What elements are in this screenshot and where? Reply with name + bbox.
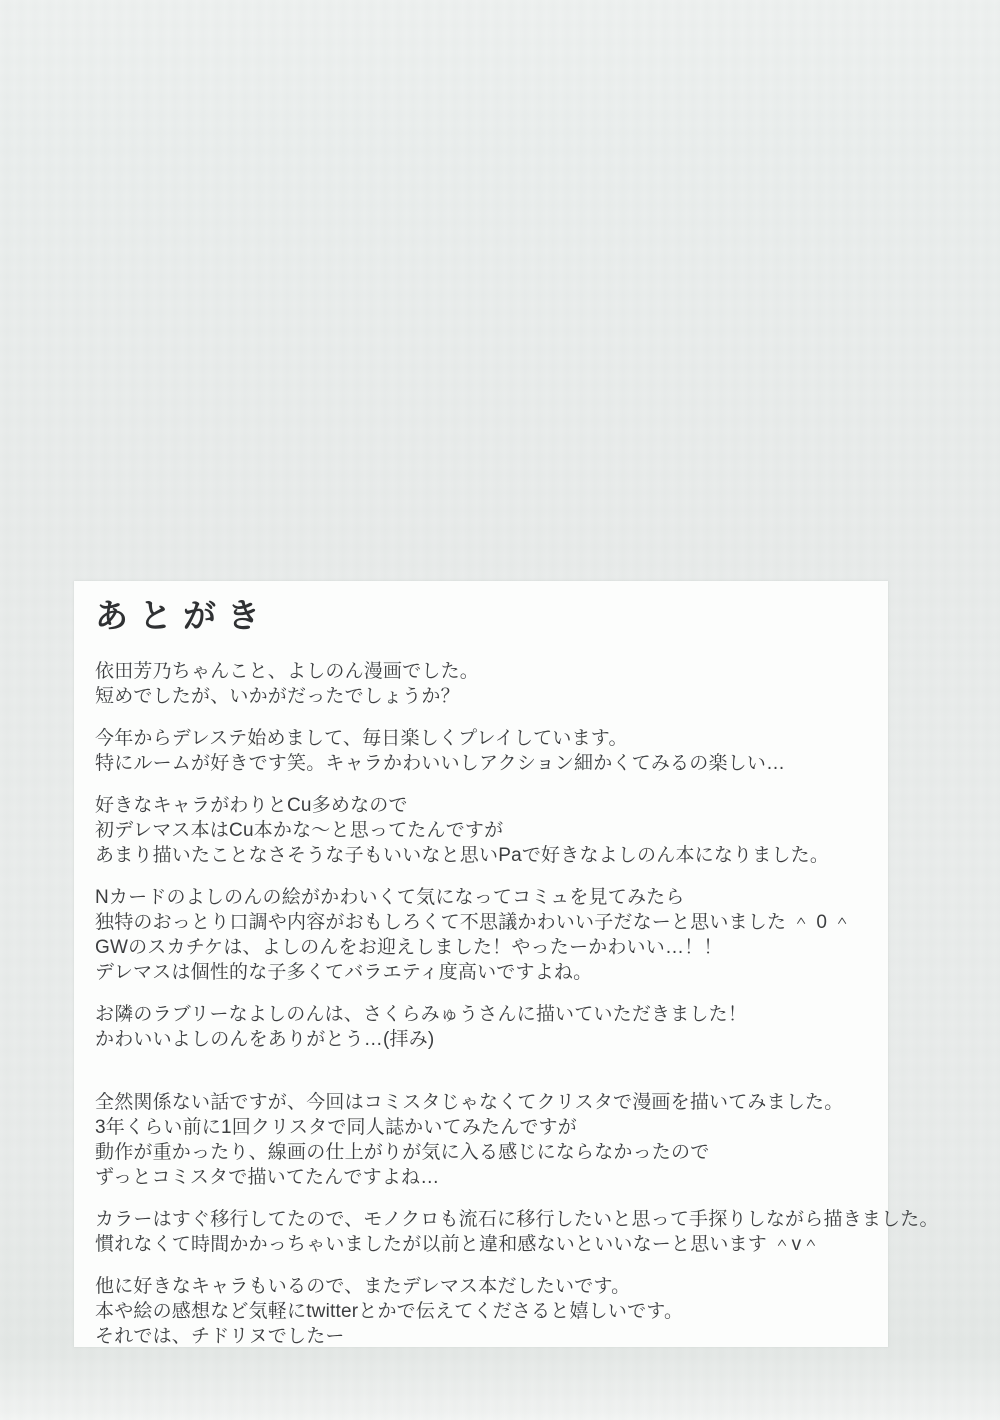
text-line: 他に好きなキャラもいるので、またデレマス本だしたいです。 [95, 1274, 868, 1299]
text-line: 全然関係ない話ですが、今回はコミスタじゃなくてクリスタで漫画を描いてみました。 [95, 1090, 868, 1115]
text-line: 今年からデレステ始めまして、毎日楽しくプレイしています。 [95, 726, 868, 751]
text-line: Nカードのよしのんの絵がかわいくて気になってコミュを見てみたら [95, 885, 868, 910]
paragraph-n-card: Nカードのよしのんの絵がかわいくて気になってコミュを見てみたら 独特のおっとり口… [95, 885, 868, 985]
paragraph-monochrome: カラーはすぐ移行してたので、モノクロも流石に移行したいと思って手探りしながら描き… [95, 1207, 868, 1257]
paragraph-guest-art: お隣のラブリーなよしのんは、さくらみゅうさんに描いていただきました！ かわいいよ… [95, 1002, 868, 1052]
text-line: ずっとコミスタで描いてたんですよね… [95, 1165, 868, 1190]
text-line: 初デレマス本はCu本かな～と思ってたんですが [95, 818, 868, 843]
paragraph-closing: 他に好きなキャラもいるので、またデレマス本だしたいです。 本や絵の感想など気軽に… [95, 1274, 868, 1349]
text-line: GWのスカチケは、よしのんをお迎えしました！やったーかわいい…！！ [95, 935, 868, 960]
text-line: 本や絵の感想など気軽にtwitterとかで伝えてくださると嬉しいです。 [95, 1299, 868, 1324]
text-line: 特にルームが好きです笑。キャラかわいいしアクション細かくてみるの楽しい… [95, 751, 868, 776]
text-line: 依田芳乃ちゃんこと、よしのん漫画でした。 [95, 659, 868, 684]
text-line: 慣れなくて時間かかっちゃいましたが以前と違和感ないといいなーと思います ＾v＾ [95, 1232, 868, 1257]
afterword-text-block: あとがき 依田芳乃ちゃんこと、よしのん漫画でした。 短めでしたが、いかがだったで… [74, 581, 888, 1347]
text-line: お隣のラブリーなよしのんは、さくらみゅうさんに描いていただきました！ [95, 1002, 868, 1027]
afterword-title: あとがき [95, 594, 868, 638]
paragraph-intro: 依田芳乃ちゃんこと、よしのん漫画でした。 短めでしたが、いかがだったでしょうか？ [95, 659, 868, 709]
text-line: かわいいよしのんをありがとう…(拝み) [95, 1027, 868, 1052]
paragraph-favorite-chars: 好きなキャラがわりとCu多めなので 初デレマス本はCu本かな～と思ってたんですが… [95, 793, 868, 868]
text-line: 好きなキャラがわりとCu多めなので [95, 793, 868, 818]
text-line: デレマスは個性的な子多くてバラエティ度高いですよね。 [95, 960, 868, 985]
text-line: カラーはすぐ移行してたので、モノクロも流石に移行したいと思って手探りしながら描き… [95, 1207, 868, 1232]
text-line: 動作が重かったり、線画の仕上がりが気に入る感じにならなかったので [95, 1140, 868, 1165]
text-line: 短めでしたが、いかがだったでしょうか？ [95, 684, 868, 709]
text-line: 3年くらい前に1回クリスタで同人誌かいてみたんですが [95, 1115, 868, 1140]
text-line: 独特のおっとり口調や内容がおもしろくて不思議かわいい子だなーと思いました ＾ 0… [95, 910, 868, 935]
paragraph-clip-studio: 全然関係ない話ですが、今回はコミスタじゃなくてクリスタで漫画を描いてみました。 … [95, 1090, 868, 1190]
text-line: それでは、チドリヌでしたー [95, 1324, 868, 1349]
paragraph-deresute: 今年からデレステ始めまして、毎日楽しくプレイしています。 特にルームが好きです笑… [95, 726, 868, 776]
text-line: あまり描いたことなさそうな子もいいなと思いPaで好きなよしのん本になりました。 [95, 843, 868, 868]
